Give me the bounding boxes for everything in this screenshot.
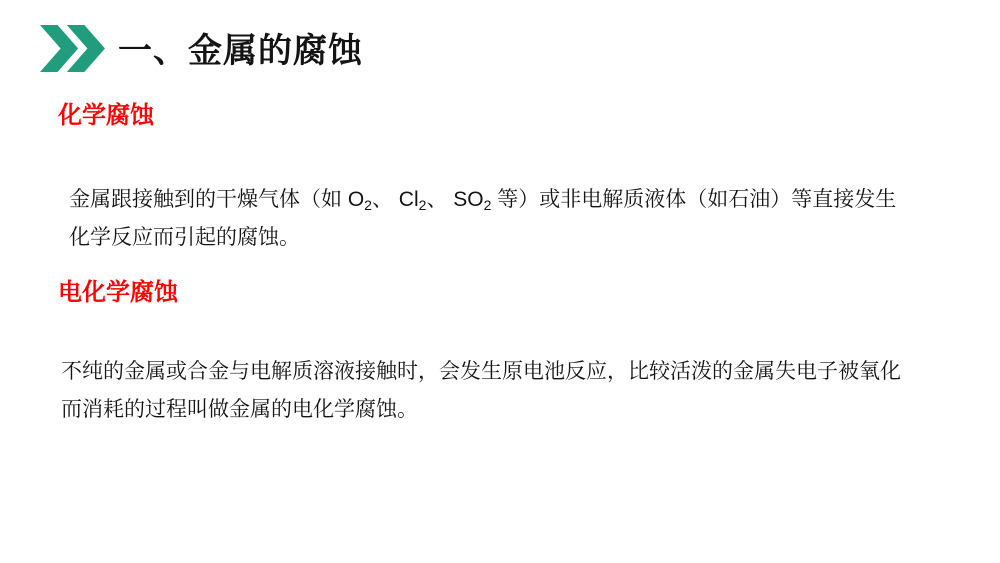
text-line: 不纯的金属或合金与电解质溶液接触时，会发生原电池反应，比较活泼的金属失电子被氧化	[61, 353, 901, 391]
paragraph-chemical-corrosion: 金属跟接触到的干燥气体（如 O2、 Cl2、 SO2 等）或非电解质液体（如石油…	[69, 181, 896, 257]
slide: 一、金属的腐蚀 化学腐蚀 金属跟接触到的干燥气体（如 O2、 Cl2、 SO2 …	[0, 0, 1000, 563]
text-line: 化学反应而引起的腐蚀。	[69, 219, 896, 257]
heading-chemical-corrosion: 化学腐蚀	[58, 102, 154, 130]
double-chevron-right-icon	[40, 25, 106, 72]
text-line: 金属跟接触到的干燥气体（如 O2、 Cl2、 SO2 等）或非电解质液体（如石油…	[69, 181, 896, 219]
paragraph-electrochemical-corrosion: 不纯的金属或合金与电解质溶液接触时，会发生原电池反应，比较活泼的金属失电子被氧化…	[61, 353, 901, 429]
slide-title: 一、金属的腐蚀	[118, 33, 363, 70]
text-line: 而消耗的过程叫做金属的电化学腐蚀。	[61, 391, 901, 429]
heading-electrochemical-corrosion: 电化学腐蚀	[58, 279, 178, 307]
